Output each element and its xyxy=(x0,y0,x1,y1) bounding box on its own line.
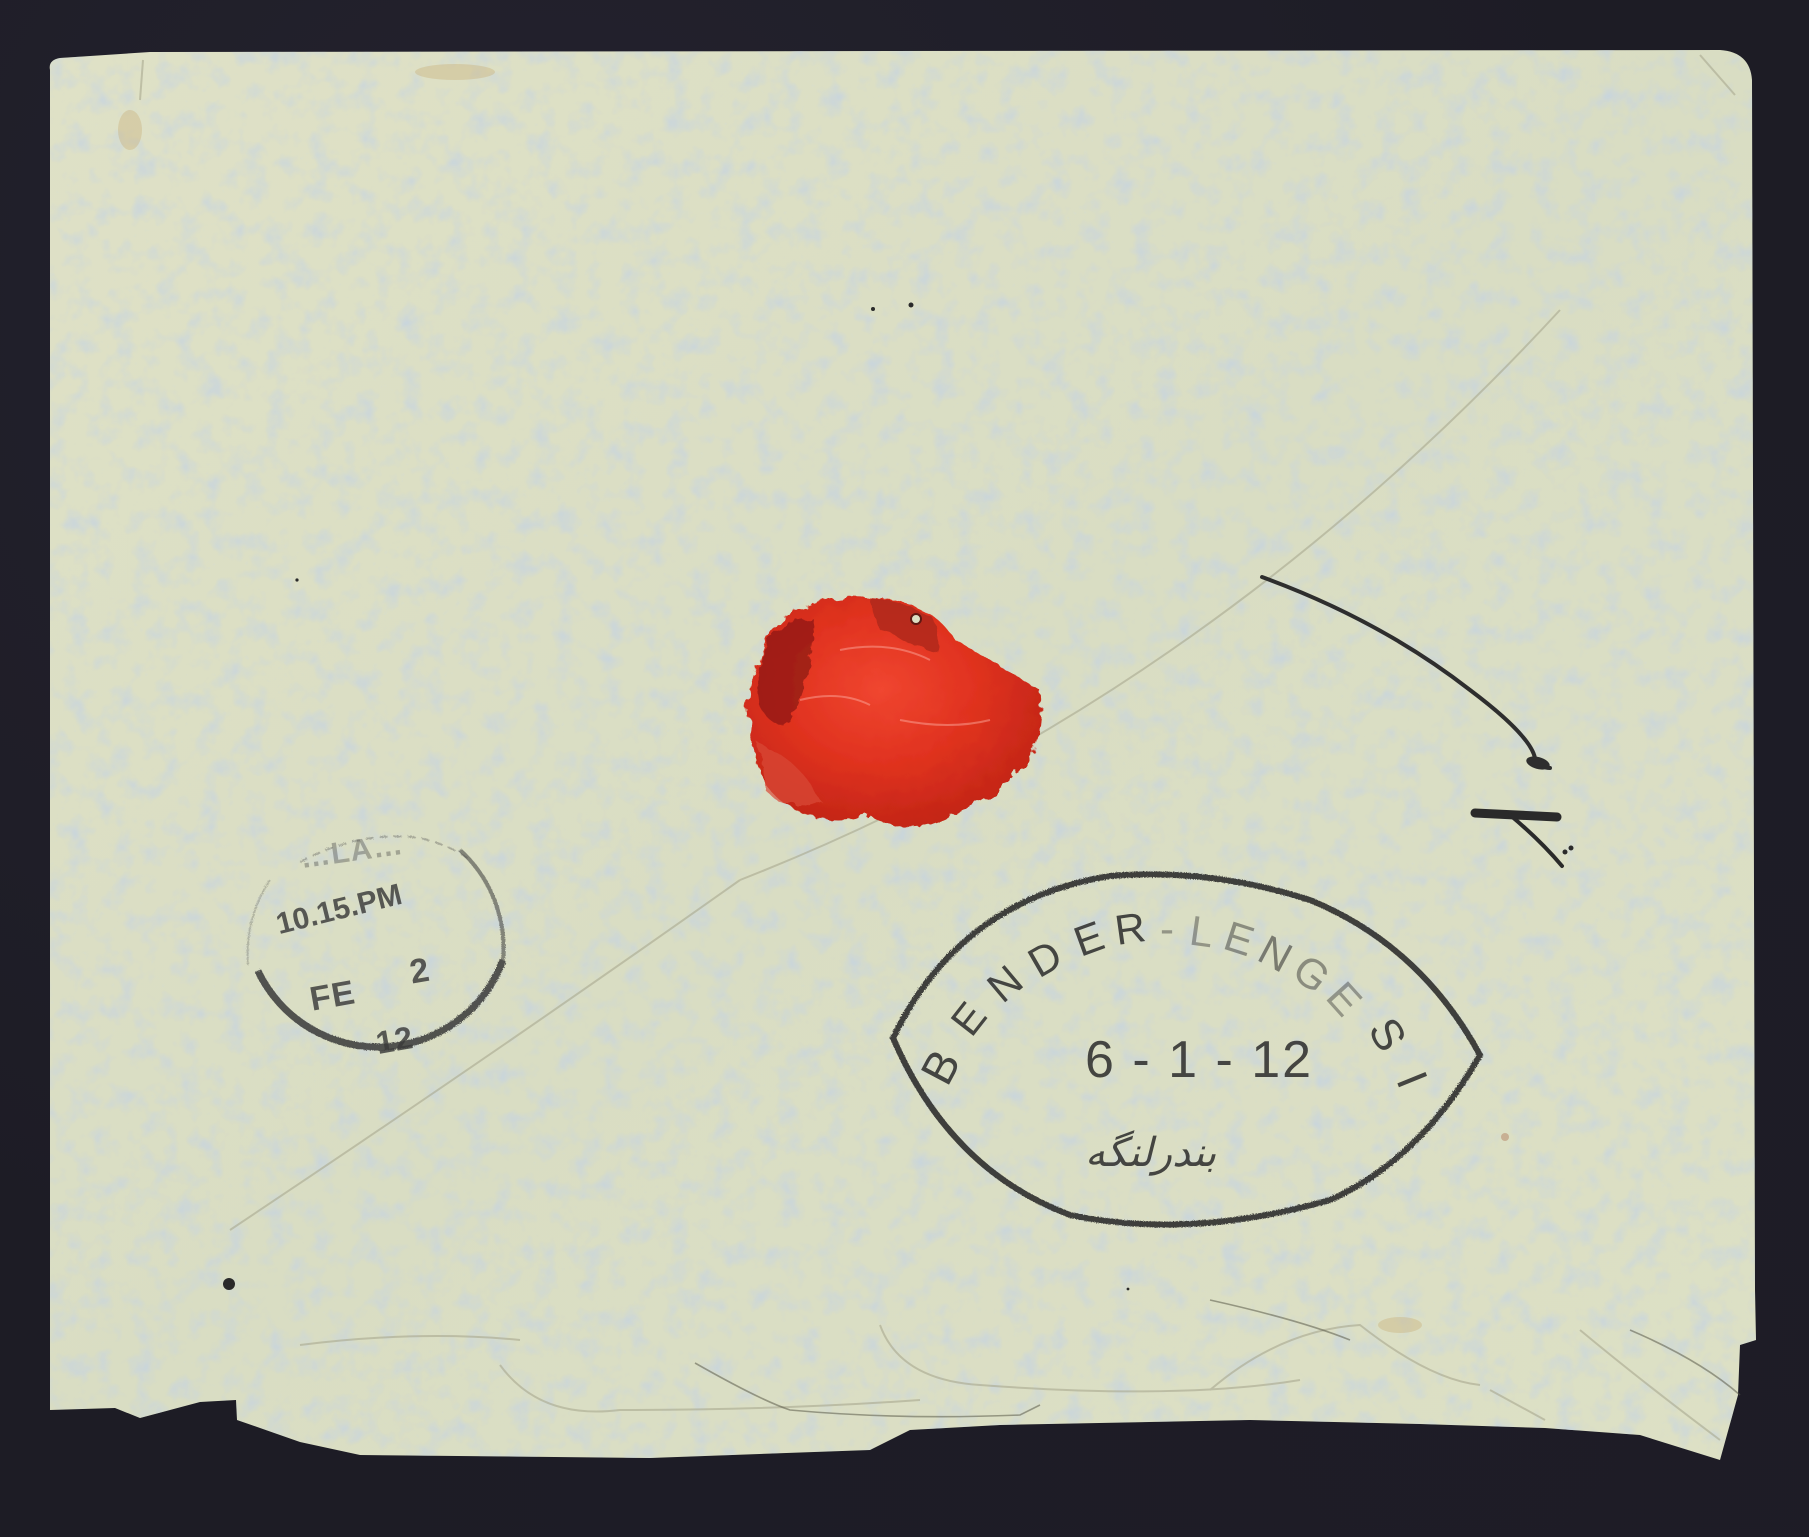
envelope-artwork xyxy=(0,0,1809,1537)
envelope-scene: …LA… 10.15.PM FE 2 12 B E N D E R - L E … xyxy=(0,0,1809,1537)
